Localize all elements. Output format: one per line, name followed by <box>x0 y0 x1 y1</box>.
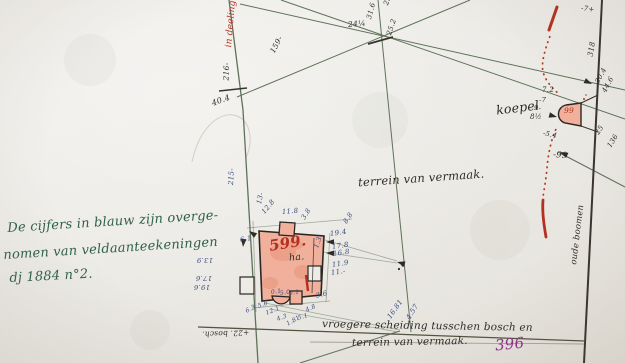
measurement-24¼: 24¼ <box>348 18 366 29</box>
boundary-label-line-2: terrein van vermaak. <box>352 335 468 349</box>
bosch-label: +22. bosch. <box>202 328 250 339</box>
measurement-11.8: 11.8 <box>282 207 299 216</box>
measurement-216-: 216- <box>222 62 232 80</box>
measurement-0.1: 0.1 <box>289 289 300 297</box>
measurement-9-: 9- <box>534 104 541 112</box>
measurement--7: -7 <box>539 96 546 104</box>
survey-map: in deeling De cijfers in blauw zijn over… <box>0 0 625 363</box>
building-unit-ha: ha. <box>289 251 305 263</box>
parcel-number-396: 396 <box>494 334 525 355</box>
measurement--99: -99 <box>553 150 568 161</box>
measurement-215-: 215- <box>227 168 236 185</box>
measurement-17.6: 17.6 <box>196 274 212 282</box>
pencil-sketch-line <box>192 115 250 162</box>
measurement-19.6: 19.6 <box>194 283 210 291</box>
measurement-13.9: 13.9 <box>197 256 213 264</box>
measurement--7+: -7+ <box>580 4 595 14</box>
measurement-8½: 8½ <box>530 113 542 121</box>
measurement-7.2: 7.2 <box>542 86 554 94</box>
koepel-number: 99 <box>564 106 574 115</box>
